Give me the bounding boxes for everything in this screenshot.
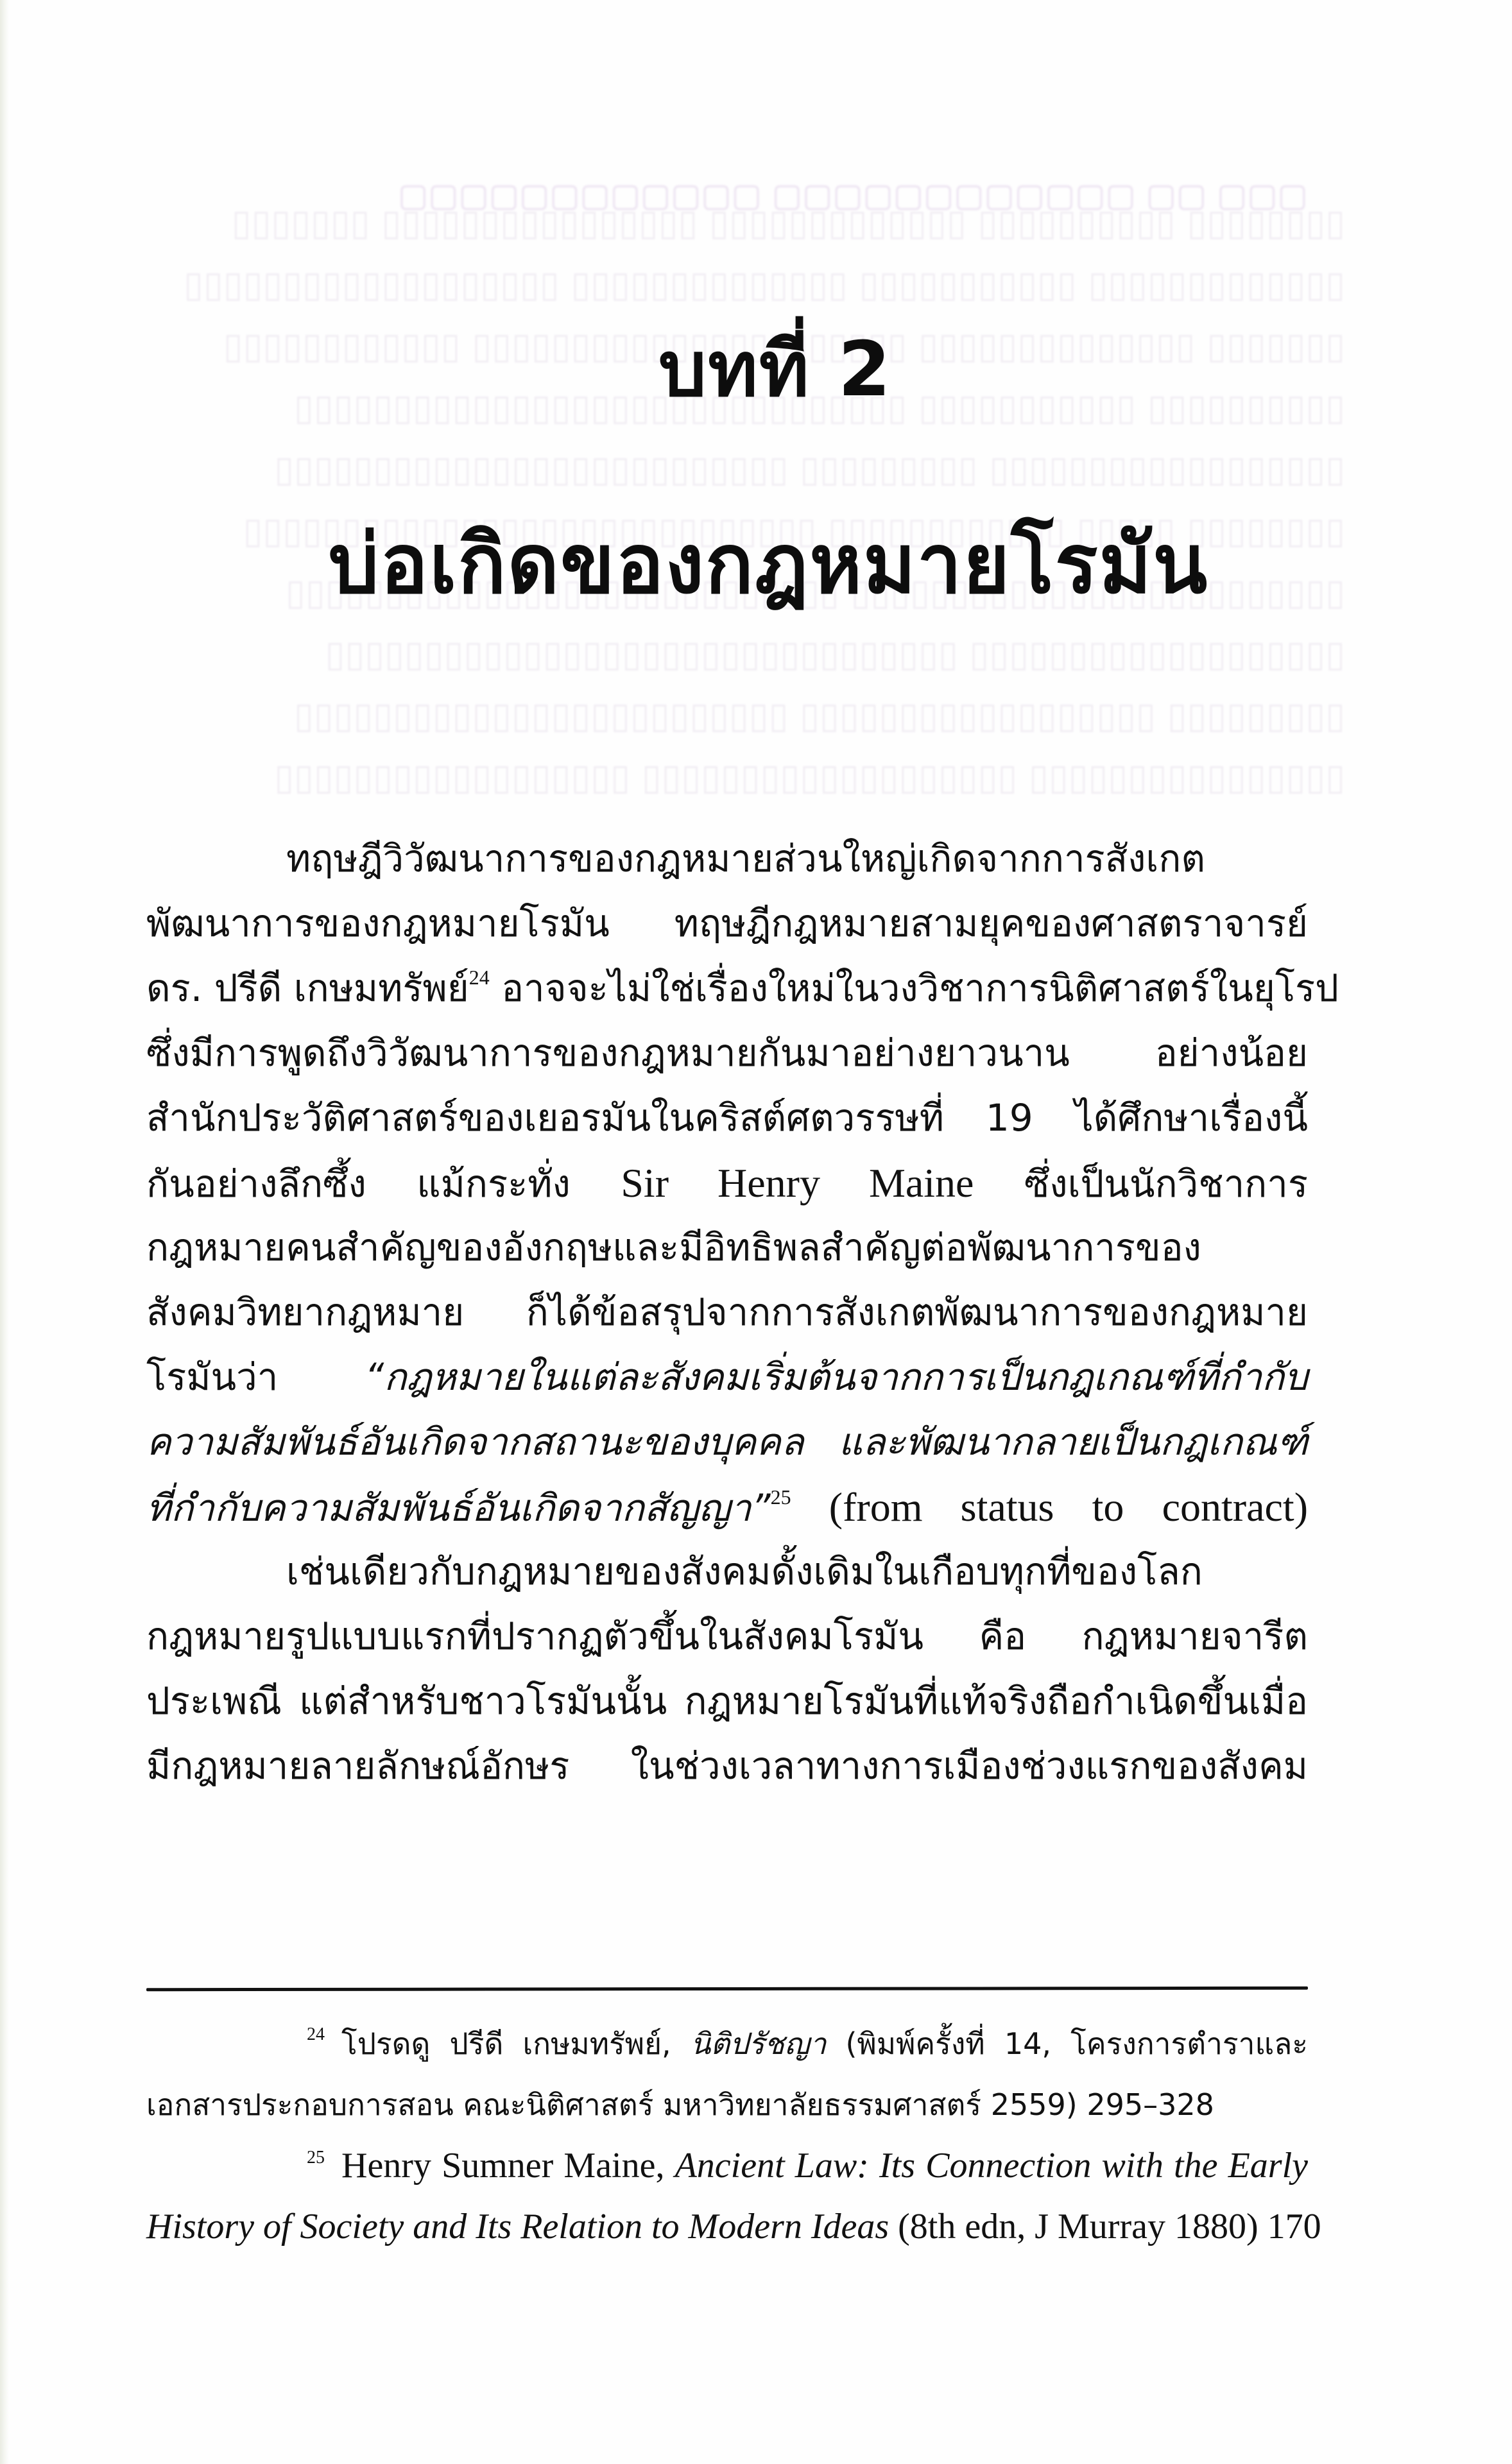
text-line: ดร. ปรีดี เกษมทรัพย์24 อาจจะไม่ใช่เรื่อง… — [146, 956, 1308, 1021]
paragraph: เช่นเดียวกับกฎหมายของสังคมดั้งเดิมในเกือ… — [146, 1539, 1308, 1799]
text-line: ประเพณี แต่สำหรับชาวโรมันนั้น กฎหมายโรมั… — [146, 1669, 1308, 1734]
show-through-header: ▢▢▢ ▢▢ ▢▢▢▢▢▢▢▢▢▢▢▢ ▢▢▢▢▢▢▢▢▢▢▢▢ — [398, 176, 1308, 214]
footnotes: 24โปรดดู ปรีดี เกษมทรัพย์, นิติปรัชญา (พ… — [146, 2014, 1308, 2257]
author-name: Henry Sumner Maine, — [341, 2146, 675, 2186]
text-line: พัฒนาการของกฎหมายโรมัน ทฤษฎีกฎหมายสามยุค… — [146, 891, 1308, 956]
book-title: Ancient Law: Its Connection with the Ear… — [675, 2146, 1308, 2186]
text-line: เช่นเดียวกับกฎหมายของสังคมดั้งเดิมในเกือ… — [146, 1539, 1308, 1604]
chapter-title-heading: บ่อเกิดของกฎหมายโรมัน — [22, 507, 1489, 622]
text-line: ความสัมพันธ์อันเกิดจากสถานะของบุคคล และพ… — [146, 1410, 1308, 1475]
footnote-line: 25Henry Sumner Maine, Ancient Law: Its C… — [146, 2135, 1308, 2196]
footnote-ref-25[interactable]: 25 — [771, 1485, 791, 1509]
body-text: ทฤษฎีวิวัฒนาการของกฎหมายส่วนใหญ่เกิดจากก… — [146, 826, 1308, 1799]
text-line: สังคมวิทยากฎหมาย ก็ได้ข้อสรุปจากการสังเก… — [146, 1280, 1308, 1345]
person-name: Sir Henry Maine — [621, 1160, 974, 1206]
text-line: กันอย่างลึกซึ้ง แม้กระทั่ง Sir Henry Mai… — [146, 1151, 1308, 1215]
footnote-24: 24โปรดดู ปรีดี เกษมทรัพย์, นิติปรัชญา (พ… — [146, 2014, 1308, 2135]
chapter-number-heading: บทที่ 2 — [0, 318, 1512, 420]
footnote-25: 25Henry Sumner Maine, Ancient Law: Its C… — [146, 2135, 1308, 2257]
footnote-number: 24 — [307, 2024, 325, 2044]
publication-details: (8th edn, J Murray 1880) 170 — [889, 2207, 1321, 2246]
text-line: โรมันว่า “กฎหมายในแต่ละสังคมเริ่มต้นจากก… — [146, 1345, 1308, 1410]
text-line: สำนักประวัติศาสตร์ของเยอรมันในคริสต์ศตวร… — [146, 1086, 1308, 1151]
footnote-line: เอกสารประกอบการสอน คณะนิติศาสตร์ มหาวิทย… — [146, 2075, 1308, 2135]
text-line: กฎหมายคนสำคัญของอังกฤษและมีอิทธิพลสำคัญต… — [146, 1215, 1308, 1280]
book-title: History of Society and Its Relation to M… — [146, 2207, 889, 2246]
quotation: ความสัมพันธ์อันเกิดจากสถานะของบุคคล และพ… — [146, 1420, 1308, 1464]
quotation: “กฎหมายในแต่ละสังคมเริ่มต้นจากการเป็นกฎเ… — [365, 1355, 1308, 1399]
text-line: ที่กำกับความสัมพันธ์อันเกิดจากสัญญา”25 (… — [146, 1475, 1308, 1539]
book-title: นิติปรัชญา — [691, 2026, 826, 2061]
text-line: ซึ่งมีการพูดถึงวิวัฒนาการของกฎหมายกันมาอ… — [146, 1021, 1308, 1086]
footnote-line: 24โปรดดู ปรีดี เกษมทรัพย์, นิติปรัชญา (พ… — [146, 2014, 1308, 2075]
show-through-text: ▯▯▯▯▯▯▯▯ ▯▯▯▯▯▯▯▯▯▯ ▯▯▯▯▯▯▯▯▯▯▯▯▯ ▯▯▯▯▯▯… — [96, 193, 1345, 809]
quotation: ที่กำกับความสัมพันธ์อันเกิดจากสัญญา” — [146, 1486, 771, 1530]
text-line: ทฤษฎีวิวัฒนาการของกฎหมายส่วนใหญ่เกิดจากก… — [146, 826, 1308, 891]
footnote-divider — [146, 1987, 1308, 1992]
footnote-ref-24[interactable]: 24 — [469, 966, 490, 989]
text-line: กฎหมายรูปแบบแรกที่ปรากฏตัวขึ้นในสังคมโรม… — [146, 1604, 1308, 1669]
text-line: มีกฎหมายลายลักษณ์อักษร ในช่วงเวลาทางการเ… — [146, 1734, 1308, 1799]
footnote-number: 25 — [307, 2148, 325, 2168]
footnote-line: History of Society and Its Relation to M… — [146, 2196, 1308, 2257]
paragraph: ทฤษฎีวิวัฒนาการของกฎหมายส่วนใหญ่เกิดจากก… — [146, 826, 1308, 1539]
